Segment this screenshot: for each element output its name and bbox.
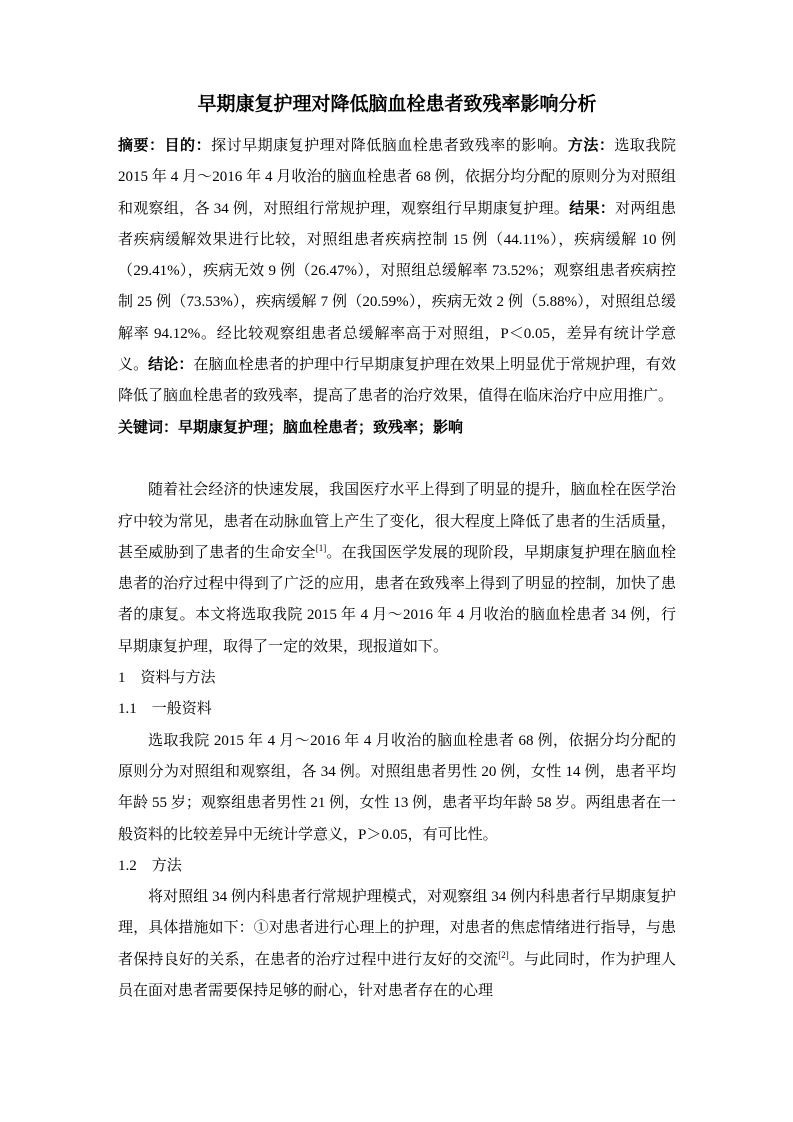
conclusion-label: 结论： bbox=[148, 357, 193, 373]
general-data-paragraph: 选取我院 2015 年 4 月～2016 年 4 月收治的脑血栓患者 68 例，… bbox=[118, 726, 676, 851]
objective-label: 目的： bbox=[165, 138, 212, 154]
keywords-text: 早期康复护理；脑血栓患者；致残率；影响 bbox=[178, 420, 463, 436]
keywords-line: 关键词：早期康复护理；脑血栓患者；致残率；影响 bbox=[118, 413, 676, 444]
methods-label: 方法： bbox=[568, 138, 615, 154]
paper-title: 早期康复护理对降低脑血栓患者致残率影响分析 bbox=[118, 88, 676, 121]
section-heading-methods: 1.2 方法 bbox=[118, 851, 676, 882]
section-heading-general-data: 1.1 一般资料 bbox=[118, 694, 676, 725]
conclusion-text: 在脑血栓患者的护理中行早期康复护理在效果上明显优于常规护理，有效降低了脑血栓患者… bbox=[118, 357, 676, 404]
abstract-paragraph: 摘要：目的：探讨早期康复护理对降低脑血栓患者致残率的影响。方法：选取我院 201… bbox=[118, 131, 676, 413]
objective-text: 探讨早期康复护理对降低脑血栓患者致残率的影响。 bbox=[211, 138, 568, 154]
intro-text-2: 。在我国医学发展的现阶段，早期康复护理在脑血栓患者的治疗过程中得到了广泛的应用，… bbox=[118, 545, 676, 655]
reference-marker-1: [1] bbox=[316, 543, 327, 553]
section-heading-materials-methods: 1 资料与方法 bbox=[118, 663, 676, 694]
abstract-label: 摘要： bbox=[118, 138, 165, 154]
paragraph-spacer bbox=[118, 444, 676, 475]
results-label: 结果： bbox=[569, 201, 615, 217]
keywords-label: 关键词： bbox=[118, 420, 178, 436]
methods-paragraph: 将对照组 34 例内科患者行常规护理模式，对观察组 34 例内科患者行早期康复护… bbox=[118, 882, 676, 1007]
reference-marker-2: [2] bbox=[498, 950, 509, 960]
document-page: 早期康复护理对降低脑血栓患者致残率影响分析 摘要：目的：探讨早期康复护理对降低脑… bbox=[0, 0, 793, 1122]
intro-paragraph: 随着社会经济的快速发展，我国医疗水平上得到了明显的提升，脑血栓在医学治疗中较为常… bbox=[118, 475, 676, 663]
results-text: 对两组患者疾病缓解效果进行比较，对照组患者疾病控制 15 例（44.11%），疾… bbox=[118, 201, 676, 373]
